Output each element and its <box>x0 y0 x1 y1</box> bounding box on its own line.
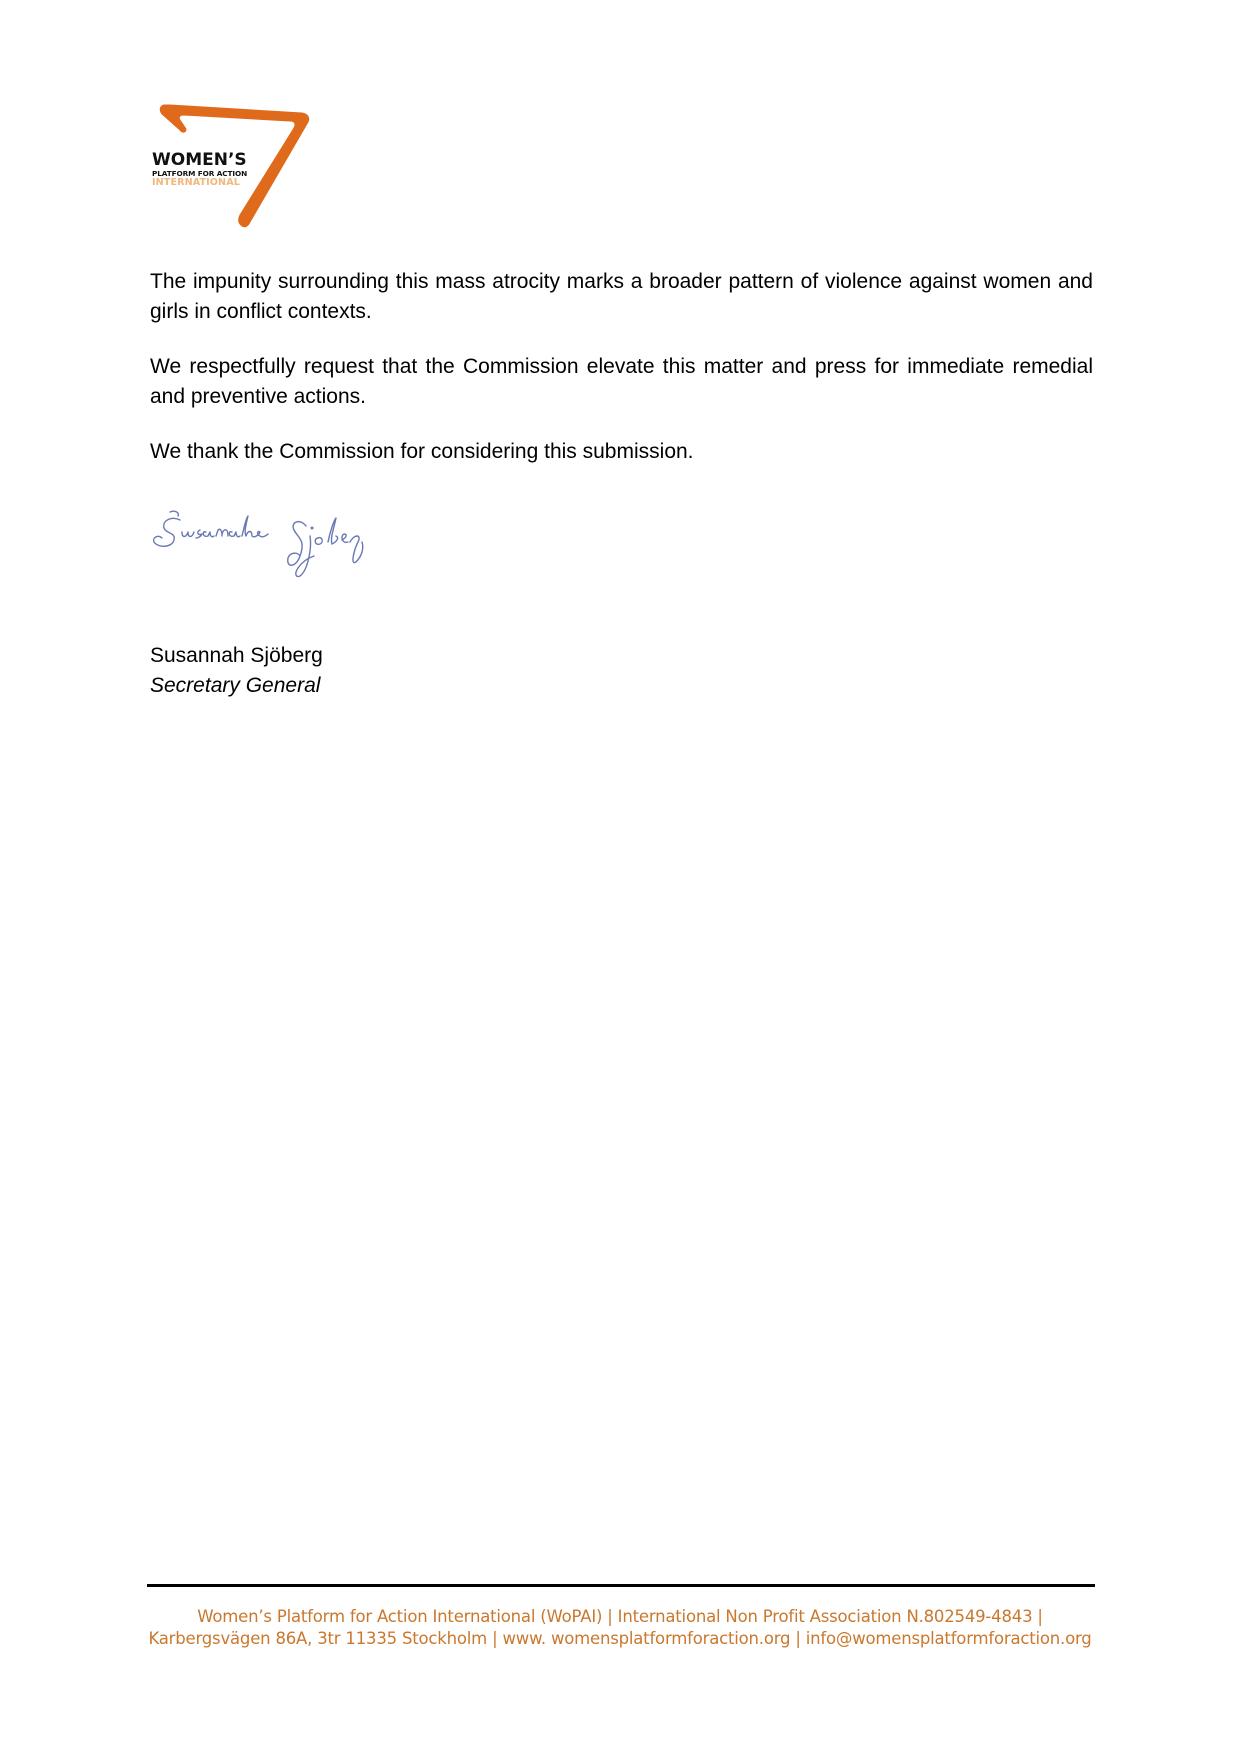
footer-line-address: Karbergsvägen 86A, 3tr 11335 Stockholm |… <box>140 1628 1100 1650</box>
signer-title: Secretary General <box>150 671 320 701</box>
footer-divider <box>147 1584 1095 1587</box>
footer-line-organization: Women’s Platform for Action Internationa… <box>140 1606 1100 1628</box>
letter-paragraph: We respectfully request that the Commiss… <box>150 352 1093 412</box>
signer-name: Susannah Sjöberg <box>150 641 323 671</box>
logo-wordmark: WOMEN’S PLATFORM FOR ACTION INTERNATIONA… <box>152 152 247 188</box>
handwritten-signature <box>150 508 410 603</box>
paragraph-impunity: The impunity surrounding this mass atroc… <box>150 267 1093 327</box>
paragraph-thanks: We thank the Commission for considering … <box>150 437 1093 467</box>
logo-line-womens: WOMEN’S <box>152 152 247 169</box>
logo-line-international: INTERNATIONAL <box>152 178 247 188</box>
letter-paragraph: The impunity surrounding this mass atroc… <box>150 267 1093 327</box>
signature-icon <box>150 508 410 598</box>
paragraph-request: We respectfully request that the Commiss… <box>150 352 1093 412</box>
organization-logo: WOMEN’S PLATFORM FOR ACTION INTERNATIONA… <box>150 100 350 245</box>
letter-paragraph: We thank the Commission for considering … <box>150 437 1093 467</box>
footer-contact: Women’s Platform for Action Internationa… <box>140 1606 1100 1650</box>
logo-line-platform: PLATFORM FOR ACTION <box>152 170 247 177</box>
